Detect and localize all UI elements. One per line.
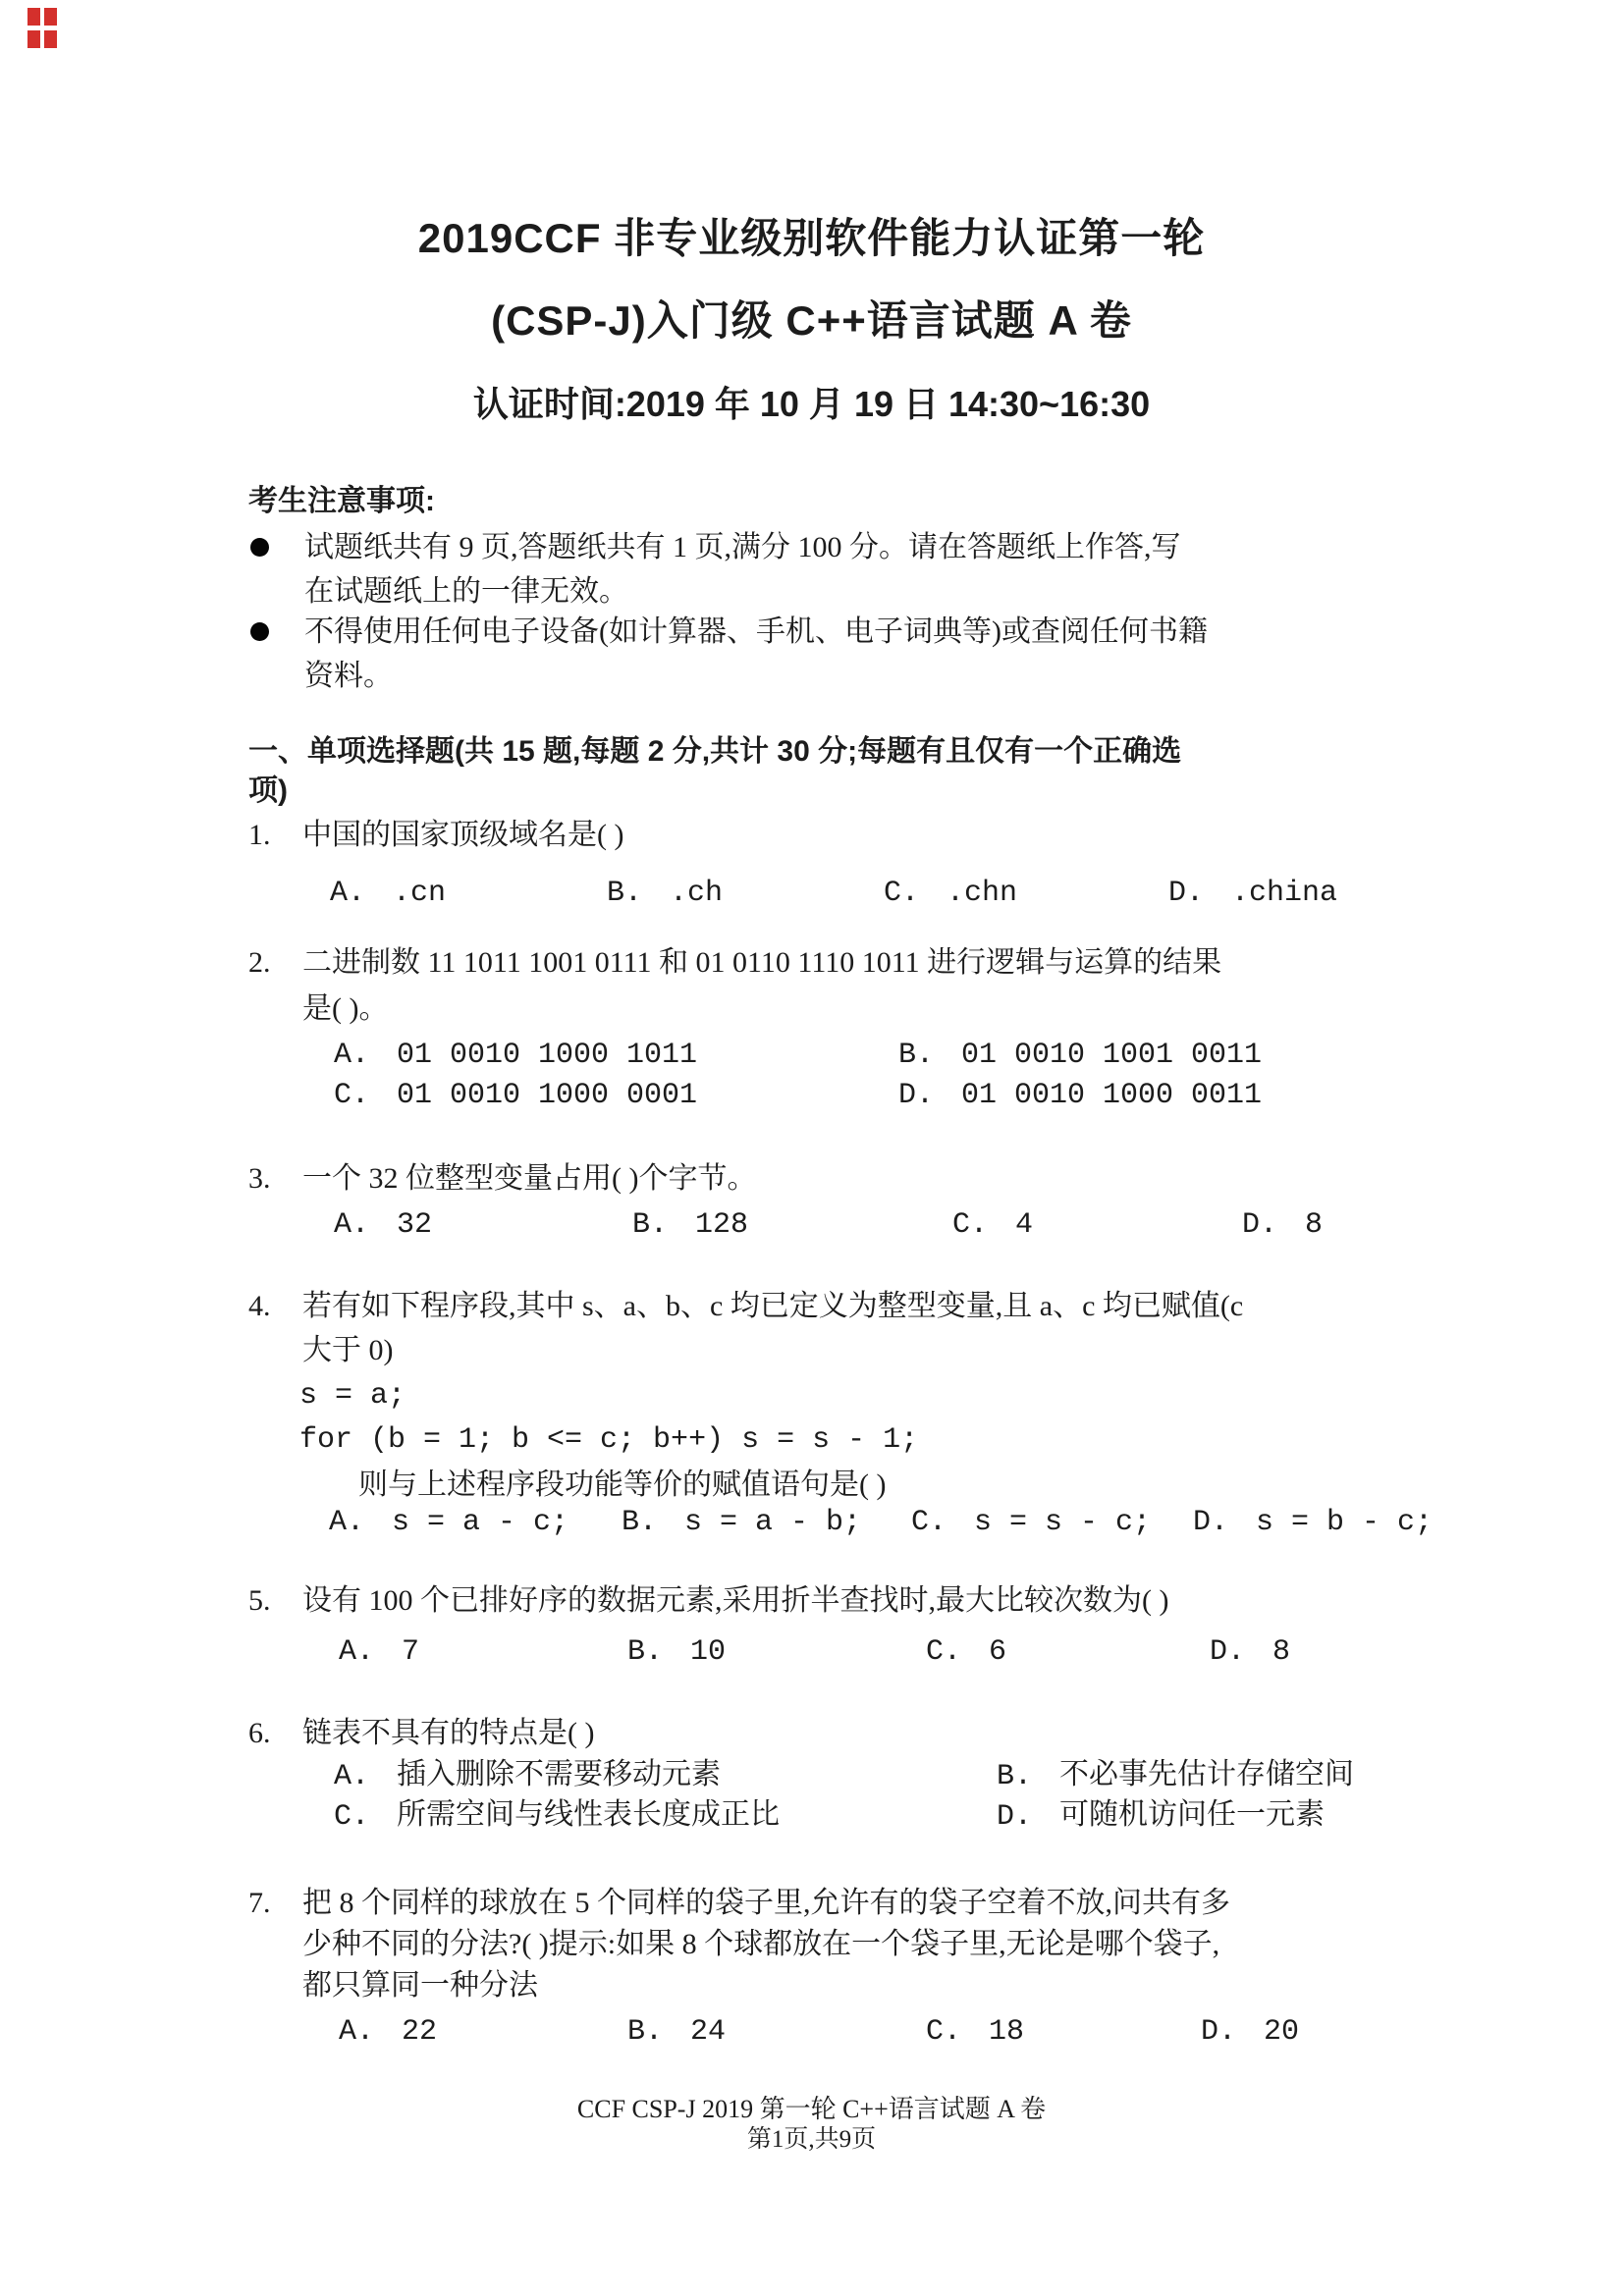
- notes-heading: 考生注意事项:: [248, 482, 435, 521]
- note-item-2-line-1: 不得使用任何电子设备(如计算器、手机、电子词典等)或查阅任何书籍: [304, 610, 1208, 654]
- options-row: A..cn B..ch C..chn D..china: [0, 869, 1623, 913]
- option-label: D.: [1193, 1501, 1256, 1545]
- options-row: C.01 0010 1000 0001 D.01 0010 1000 0011: [0, 1071, 1623, 1115]
- options-row: A.32 B.128 C.4 D.8: [0, 1201, 1623, 1245]
- option-value: s = a - c;: [392, 1506, 568, 1539]
- question-text: 是( )。: [302, 987, 388, 1031]
- option-value: 不必事先估计存储空间: [1059, 1758, 1354, 1790]
- option-value: 01 0010 1000 1011: [397, 1039, 697, 1072]
- question-text: 大于 0): [302, 1328, 394, 1372]
- option-label: D.: [1168, 872, 1231, 916]
- option-a: A.7: [339, 1628, 419, 1675]
- option-b: B.24: [627, 2007, 726, 2055]
- option-value: 32: [397, 1208, 432, 1242]
- option-d: D.01 0010 1000 0011: [898, 1071, 1262, 1118]
- option-label: D.: [1242, 1203, 1305, 1248]
- option-value: 6: [989, 1635, 1006, 1669]
- note-item-2-line-2: 资料。: [304, 654, 393, 698]
- option-value: .cn: [393, 877, 446, 910]
- option-d: D.8: [1242, 1201, 1323, 1248]
- option-a: A.22: [339, 2007, 437, 2055]
- question-text: 一个 32 位整型变量占用( )个字节。: [302, 1156, 756, 1201]
- option-label: D.: [898, 1074, 961, 1118]
- red-mark: [44, 30, 57, 48]
- question-text: 若有如下程序段,其中 s、a、b、c 均已定义为整型变量,且 a、c 均已赋值(…: [302, 1284, 1243, 1328]
- question-text: 都只算同一种分法: [302, 1963, 538, 2007]
- option-label: A.: [330, 872, 393, 916]
- options-row: A.7 B.10 C.6 D.8: [0, 1628, 1623, 1672]
- section-header-line-2: 项): [248, 772, 288, 811]
- question-text: 链表不具有的特点是( ): [302, 1711, 594, 1755]
- option-value: .ch: [670, 877, 723, 910]
- code-line: for (b = 1; b <= c; b++) s = s - 1;: [299, 1418, 918, 1463]
- option-c: C.18: [926, 2007, 1024, 2055]
- options-row: A.22 B.24 C.18 D.20: [0, 2007, 1623, 2052]
- option-a: A.s = a - c;: [329, 1498, 568, 1545]
- options-row: A.s = a - c; B.s = a - b; C.s = s - c; D…: [0, 1498, 1623, 1542]
- option-d: D.8: [1210, 1628, 1290, 1675]
- options-row: A.插入删除不需要移动元素 B.不必事先估计存储空间: [0, 1752, 1623, 1796]
- footer-title: CCF CSP-J 2019 第一轮 C++语言试题 A 卷: [0, 2094, 1623, 2125]
- option-d: D.20: [1201, 2007, 1299, 2055]
- title-line-1: 2019CCF 非专业级别软件能力认证第一轮: [0, 212, 1623, 265]
- options-row: A.01 0010 1000 1011 B.01 0010 1001 0011: [0, 1031, 1623, 1075]
- option-c: C.所需空间与线性表长度成正比: [334, 1792, 780, 1840]
- option-value: 128: [695, 1208, 748, 1242]
- option-value: s = a - b;: [684, 1506, 861, 1539]
- option-value: 01 0010 1000 0001: [397, 1079, 697, 1112]
- option-value: 7: [402, 1635, 419, 1669]
- option-a: A..cn: [330, 869, 446, 916]
- note-item-1-line-2: 在试题纸上的一律无效。: [304, 569, 628, 614]
- option-label: A.: [339, 2010, 402, 2055]
- option-value: 8: [1272, 1635, 1290, 1669]
- red-mark: [27, 8, 40, 26]
- option-value: 插入删除不需要移动元素: [397, 1758, 721, 1790]
- option-b: B.s = a - b;: [622, 1498, 861, 1545]
- question-number: 3.: [248, 1156, 271, 1201]
- option-label: C.: [926, 2010, 989, 2055]
- option-value: 01 0010 1000 0011: [961, 1079, 1262, 1112]
- question-number: 5.: [248, 1578, 271, 1623]
- option-label: B.: [632, 1203, 695, 1248]
- option-value: .china: [1231, 877, 1337, 910]
- option-value: 10: [690, 1635, 726, 1669]
- option-value: s = s - c;: [974, 1506, 1151, 1539]
- option-a: A.32: [334, 1201, 432, 1248]
- option-label: C.: [911, 1501, 974, 1545]
- option-label: B.: [627, 2010, 690, 2055]
- note-item-1-line-1: 试题纸共有 9 页,答题纸共有 1 页,满分 100 分。请在答题纸上作答,写: [304, 525, 1181, 569]
- option-label: C.: [884, 872, 947, 916]
- option-d: D.s = b - c;: [1193, 1498, 1433, 1545]
- option-d: D.可随机访问任一元素: [997, 1792, 1325, 1840]
- option-d: D..china: [1168, 869, 1337, 916]
- question-number: 6.: [248, 1711, 271, 1755]
- option-value: .chn: [947, 877, 1017, 910]
- option-value: 01 0010 1001 0011: [961, 1039, 1262, 1072]
- option-label: C.: [926, 1630, 989, 1675]
- option-value: s = b - c;: [1256, 1506, 1433, 1539]
- option-c: C.6: [926, 1628, 1006, 1675]
- section-header-line-1: 一、单项选择题(共 15 题,每题 2 分,共计 30 分;每题有且仅有一个正确…: [248, 732, 1181, 772]
- question-number: 7.: [248, 1881, 271, 1925]
- option-b: B.10: [627, 1628, 726, 1675]
- option-label: A.: [334, 1203, 397, 1248]
- red-mark: [44, 8, 57, 26]
- option-label: A.: [329, 1501, 392, 1545]
- bullet-icon: [250, 538, 269, 557]
- option-label: B.: [622, 1501, 684, 1545]
- option-value: 8: [1305, 1208, 1323, 1242]
- option-label: C.: [952, 1203, 1015, 1248]
- option-value: 22: [402, 2015, 437, 2049]
- option-value: 24: [690, 2015, 726, 2049]
- title-line-2: (CSP-J)入门级 C++语言试题 A 卷: [0, 294, 1623, 347]
- option-c: C..chn: [884, 869, 1017, 916]
- options-row: C.所需空间与线性表长度成正比 D.可随机访问任一元素: [0, 1792, 1623, 1837]
- question-text: 把 8 个同样的球放在 5 个同样的袋子里,允许有的袋子空着不放,问共有多: [302, 1881, 1230, 1925]
- red-mark: [27, 30, 40, 48]
- footer-page-number: 第1页,共9页: [0, 2124, 1623, 2156]
- question-number: 4.: [248, 1284, 271, 1328]
- option-label: C.: [334, 1074, 397, 1118]
- option-value: 可随机访问任一元素: [1059, 1798, 1325, 1831]
- option-label: D.: [1210, 1630, 1272, 1675]
- option-c: C.s = s - c;: [911, 1498, 1151, 1545]
- option-value: 20: [1264, 2015, 1299, 2049]
- option-label: B.: [607, 872, 670, 916]
- code-line: s = a;: [299, 1374, 406, 1418]
- option-value: 4: [1015, 1208, 1033, 1242]
- option-label: D.: [997, 1795, 1059, 1840]
- option-value: 所需空间与线性表长度成正比: [397, 1798, 780, 1831]
- exam-time: 认证时间:2019 年 10 月 19 日 14:30~16:30: [0, 382, 1623, 427]
- option-b: B..ch: [607, 869, 723, 916]
- question-number: 1.: [248, 813, 271, 857]
- option-b: B.128: [632, 1201, 748, 1248]
- option-c: C.01 0010 1000 0001: [334, 1071, 697, 1118]
- bullet-icon: [250, 622, 269, 641]
- question-text: 少种不同的分法?( )提示:如果 8 个球都放在一个袋子里,无论是哪个袋子,: [302, 1922, 1219, 1966]
- question-text: 设有 100 个已排好序的数据元素,采用折半查找时,最大比较次数为( ): [302, 1578, 1168, 1623]
- option-value: 18: [989, 2015, 1024, 2049]
- option-label: D.: [1201, 2010, 1264, 2055]
- exam-paper-page: 2019CCF 非专业级别软件能力认证第一轮 (CSP-J)入门级 C++语言试…: [0, 0, 1623, 2296]
- option-label: A.: [339, 1630, 402, 1675]
- option-c: C.4: [952, 1201, 1033, 1248]
- question-number: 2.: [248, 940, 271, 985]
- option-label: C.: [334, 1795, 397, 1840]
- question-text: 二进制数 11 1011 1001 0111 和 01 0110 1110 10…: [302, 940, 1221, 985]
- question-text: 中国的国家顶级域名是( ): [302, 813, 623, 857]
- option-label: B.: [627, 1630, 690, 1675]
